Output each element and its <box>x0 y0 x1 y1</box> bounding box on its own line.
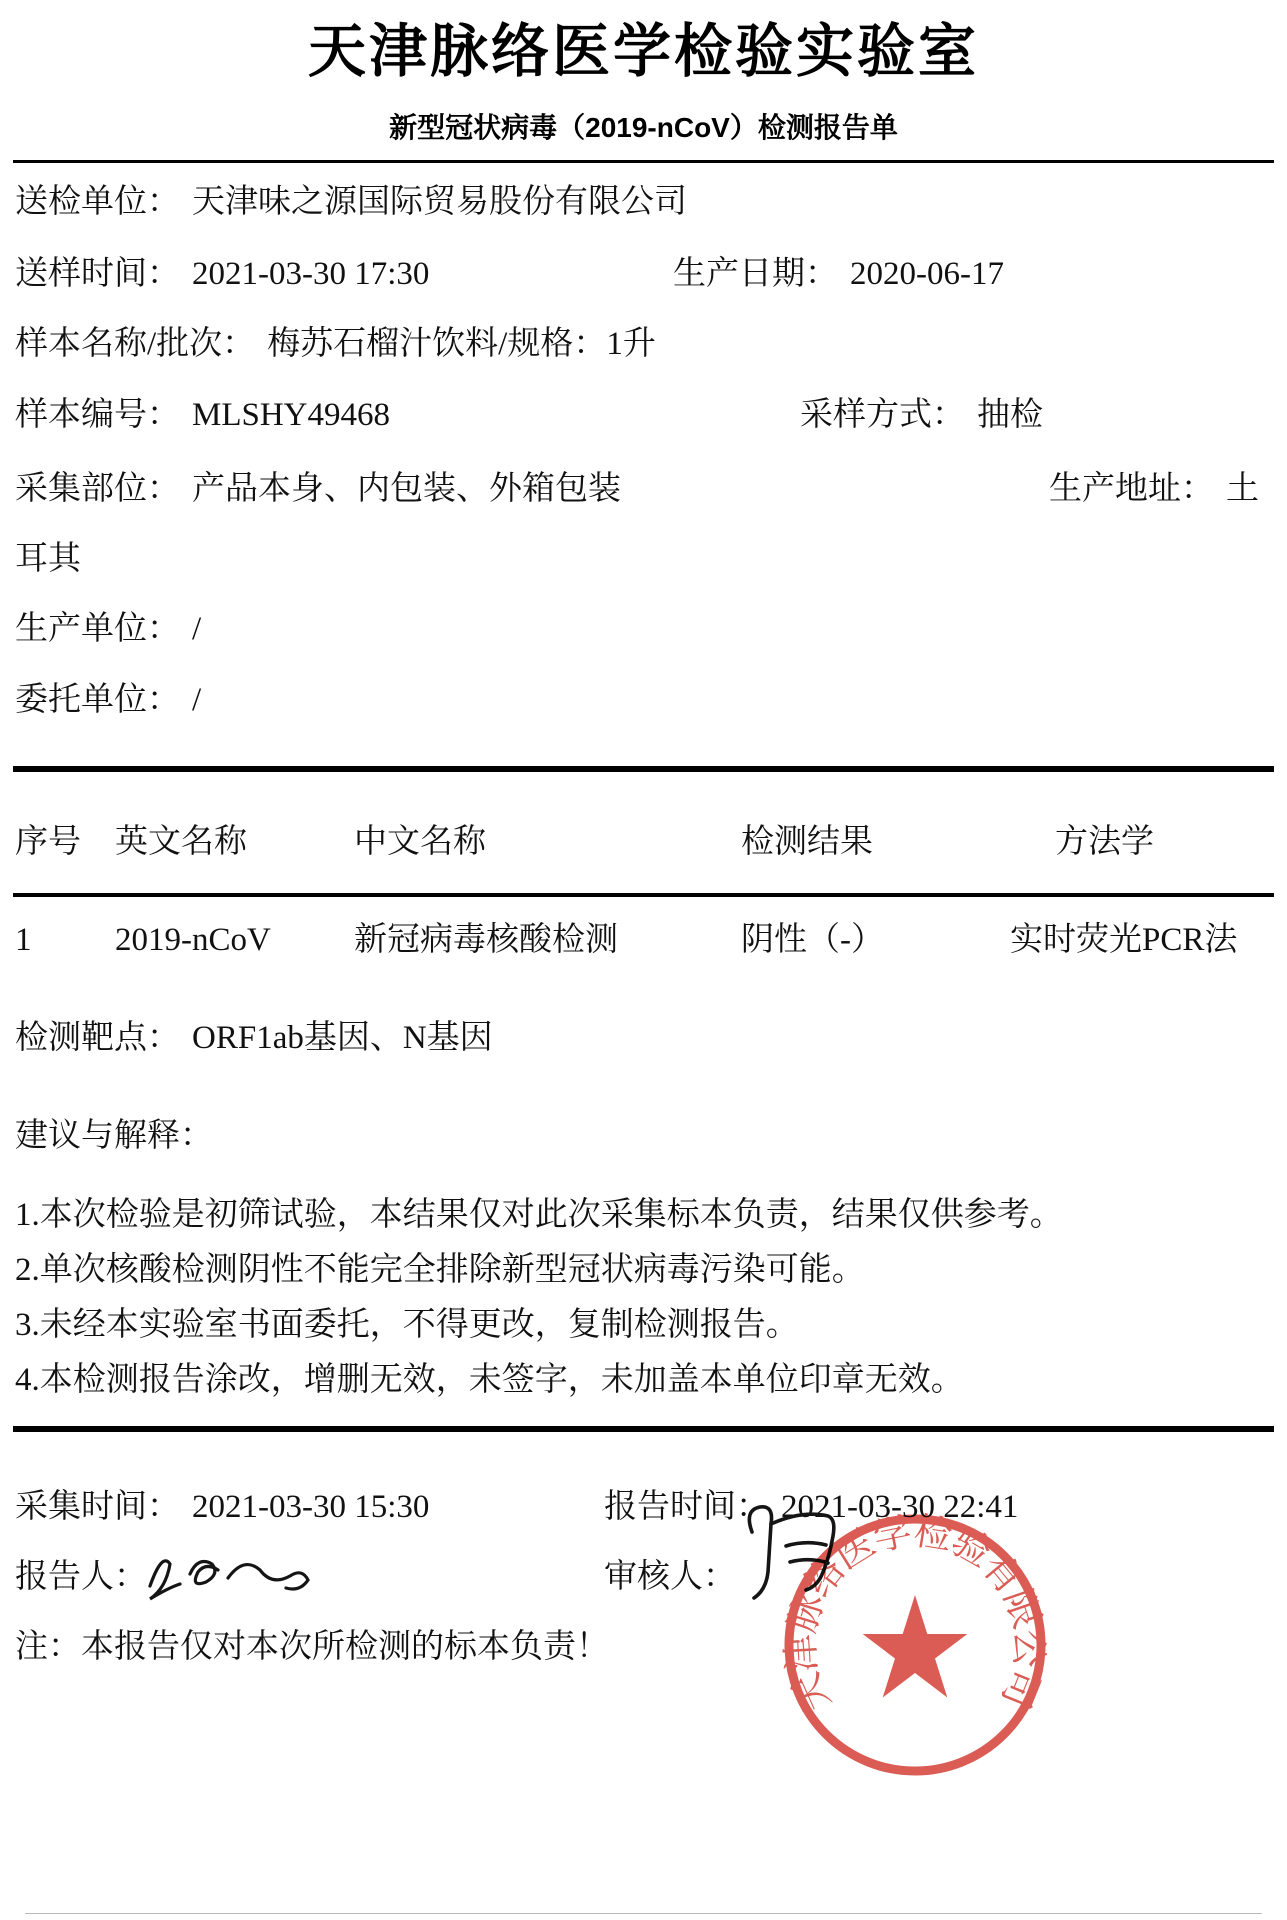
sample-id-label: 样本编号： <box>15 397 180 433</box>
col-header-result: 检测结果 <box>741 822 1010 862</box>
row-submitting-unit: 送检单位：天津味之源国际贸易股份有限公司 <box>15 182 1272 222</box>
col-header-method: 方法学 <box>1010 822 1272 862</box>
row-sample-name: 样本名称/批次：梅苏石榴汁饮料/规格：1升 <box>15 324 1272 364</box>
row-collection-part: 采集部位：产品本身、内包装、外箱包装生产地址：土耳其 <box>15 454 1272 594</box>
sample-name-label: 样本名称/批次： <box>15 326 255 362</box>
row-producer: 生产单位：/ <box>15 609 1272 649</box>
production-date-value: 2020-06-17 <box>850 256 1004 292</box>
divider-footer <box>13 1426 1274 1432</box>
advice-title: 建议与解释： <box>15 1116 1272 1156</box>
advice-notes: 1.本次检验是初筛试验，本结果仅对此次采集标本负责，结果仅供参考。 2.单次核酸… <box>15 1188 1272 1408</box>
col-header-index: 序号 <box>15 822 115 862</box>
reviewer-label: 审核人： <box>604 1559 736 1595</box>
submitting-unit-label: 送检单位： <box>15 184 180 220</box>
report-page: 天津脉络医学检验实验室 新型冠状病毒（2019-nCoV）检测报告单 送检单位：… <box>0 0 1287 1920</box>
collection-part-label: 采集部位： <box>15 471 180 507</box>
submitting-unit-value: 天津味之源国际贸易股份有限公司 <box>192 184 687 220</box>
col-header-chinese-name: 中文名称 <box>354 822 741 862</box>
production-address-label: 生产地址： <box>1049 471 1214 507</box>
reporter-label: 报告人： <box>15 1559 147 1595</box>
sent-time-label: 送样时间： <box>15 256 180 292</box>
star-icon <box>863 1595 968 1698</box>
cell-index: 1 <box>15 920 115 960</box>
reporter-signature <box>140 1544 315 1614</box>
report-subtitle: 新型冠状病毒（2019-nCoV）检测报告单 <box>0 106 1287 146</box>
results-table-header: 序号 英文名称 中文名称 检测结果 方法学 <box>15 822 1272 862</box>
row-sample-id: 样本编号：MLSHY49468采样方式：抽检 <box>15 395 1272 435</box>
advice-note-4: 4.本检测报告涂改，增删无效，未签字，未加盖本单位印章无效。 <box>15 1353 1272 1408</box>
advice-note-1: 1.本次检验是初筛试验，本结果仅对此次采集标本负责，结果仅供参考。 <box>15 1188 1272 1243</box>
row-times: 采集时间：2021-03-30 15:30报告时间：2021-03-30 22:… <box>15 1487 1272 1527</box>
divider-table-header <box>13 893 1274 897</box>
cell-result: 阴性（-） <box>741 920 1010 960</box>
client-label: 委托单位： <box>15 682 180 718</box>
row-sent-time: 送样时间：2021-03-30 17:30生产日期：2020-06-17 <box>15 254 1272 294</box>
collect-time-label: 采集时间： <box>15 1489 180 1525</box>
cell-chinese-name: 新冠病毒核酸检测 <box>354 920 741 960</box>
page-bottom-line <box>25 1913 1262 1914</box>
sent-time-value: 2021-03-30 17:30 <box>192 256 429 292</box>
row-client: 委托单位：/ <box>15 680 1272 720</box>
table-row: 1 2019-nCoV 新冠病毒核酸检测 阴性（-） 实时荧光PCR法 <box>15 920 1272 960</box>
cell-method: 实时荧光PCR法 <box>1010 920 1272 960</box>
sampling-method-value: 抽检 <box>977 397 1043 433</box>
production-date-label: 生产日期： <box>673 256 838 292</box>
sampling-method-label: 采样方式： <box>800 397 965 433</box>
row-detection-target: 检测靶点：ORF1ab基因、N基因 <box>15 1018 1272 1058</box>
sample-name-value: 梅苏石榴汁饮料/规格：1升 <box>267 326 656 362</box>
sample-id-value: MLSHY49468 <box>192 397 390 433</box>
col-header-english-name: 英文名称 <box>115 822 354 862</box>
client-value: / <box>192 682 201 718</box>
producer-value: / <box>192 611 201 647</box>
cell-english-name: 2019-nCoV <box>115 920 354 960</box>
detection-target-value: ORF1ab基因、N基因 <box>192 1020 493 1056</box>
advice-note-3: 3.未经本实验室书面委托，不得更改，复制检测报告。 <box>15 1298 1272 1353</box>
lab-title: 天津脉络医学检验实验室 <box>0 4 1287 88</box>
collect-time-value: 2021-03-30 15:30 <box>192 1489 429 1525</box>
advice-note-2: 2.单次核酸检测阴性不能完全排除新型冠状病毒污染可能。 <box>15 1243 1272 1298</box>
company-seal-stamp: 天津脉络医学检验有限公司 <box>780 1510 1050 1780</box>
divider-table-top <box>13 766 1274 772</box>
detection-target-label: 检测靶点： <box>15 1020 180 1056</box>
producer-label: 生产单位： <box>15 611 180 647</box>
final-note: 注：本报告仅对本次所检测的标本负责！ <box>15 1627 1272 1667</box>
collection-part-value: 产品本身、内包装、外箱包装 <box>192 471 621 507</box>
divider-header <box>13 160 1274 163</box>
